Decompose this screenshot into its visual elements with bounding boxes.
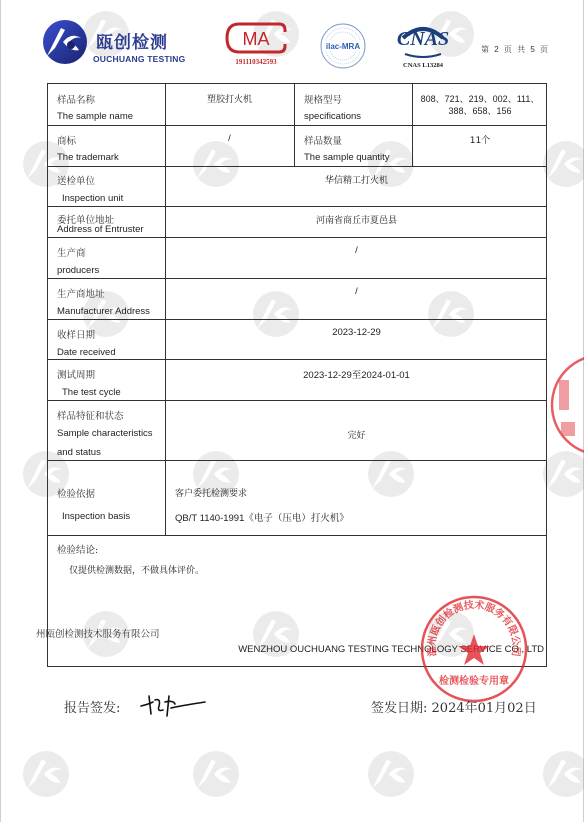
sample-name-label-cn: 样品名称 — [57, 92, 95, 106]
sample-characteristics-label-en-2: and status — [57, 447, 101, 458]
inspection-unit-value: 华信精工打火机 — [165, 173, 548, 186]
conclusion-label: 检验结论: — [57, 542, 98, 556]
table-row-date-received: 收样日期 Date received 2023-12-29 — [48, 320, 546, 360]
svg-text:MA: MA — [243, 29, 270, 49]
test-cycle-label-en: The test cycle — [62, 387, 121, 398]
trademark-label-cn: 商标 — [57, 133, 76, 147]
company-name-cn: 瓯创检测 — [96, 28, 168, 53]
table-row-manufacturer-address: 生产商地址 Manufacturer Address / — [48, 279, 546, 320]
table-row-sample-name: 样品名称 The sample name 塑胶打火机 规格型号 specific… — [48, 84, 546, 126]
specifications-label-en: specifications — [304, 111, 361, 122]
inspection-basis-label-cn: 检验依据 — [57, 486, 95, 500]
sample-quantity-value: 11个 — [412, 133, 548, 146]
report-page: 瓯创检测 OUCHUANG TESTING MA 191110342593 il… — [0, 0, 584, 822]
entruster-address-value: 河南省商丘市夏邑县 — [165, 213, 548, 226]
date-received-value: 2023-12-29 — [165, 327, 548, 338]
page-indicator: 第 2 页 共 5 页 — [481, 44, 550, 55]
issue-date-label: 签发日期: — [371, 701, 427, 716]
cnas-label: CNAS — [393, 28, 453, 51]
sample-info-table: 样品名称 The sample name 塑胶打火机 规格型号 specific… — [47, 83, 547, 667]
cnas-number: CNAS L13284 — [393, 62, 453, 69]
cnas-accreditation-mark: CNAS CNAS L13284 — [393, 24, 453, 74]
official-seal-icon: 温州瓯创检测技术服务有限公司 检测检验专用章 — [419, 594, 529, 704]
watermark-logo-icon — [21, 748, 71, 800]
table-row-producers: 生产商 producers / — [48, 238, 546, 279]
table-row-inspection-unit: 送检单位 Inspection unit 华信精工打火机 — [48, 167, 546, 207]
conclusion-text: 仅提供检测数据，不做具体评价。 — [69, 563, 204, 576]
watermark-logo-icon — [366, 748, 416, 800]
svg-text:ilac-MRA: ilac-MRA — [326, 42, 360, 51]
issuer-signature-icon — [139, 690, 209, 720]
company-logo: 瓯创检测 OUCHUANG TESTING — [41, 18, 191, 68]
issue-date-value: 2024年01月02日 — [432, 701, 537, 716]
ilac-mra-logo-icon: ilac-MRA — [319, 22, 367, 70]
cma-logo-icon: MA — [225, 22, 287, 54]
inspection-basis-label-en: Inspection basis — [62, 511, 130, 522]
trademark-label-en: The trademark — [57, 152, 119, 163]
table-row-trademark: 商标 The trademark / 样品数量 The sample quant… — [48, 126, 546, 167]
producers-label-en: producers — [57, 265, 99, 276]
producers-value: / — [165, 245, 548, 256]
table-row-inspection-basis: 检验依据 Inspection basis 客户委托检测要求 QB/T 1140… — [48, 461, 546, 536]
sample-quantity-label-en: The sample quantity — [304, 152, 390, 163]
table-row-test-cycle: 测试周期 The test cycle 2023-12-29至2024-01-0… — [48, 360, 546, 401]
cma-certification-mark: MA 191110342593 — [223, 22, 289, 70]
date-received-label-cn: 收样日期 — [57, 327, 95, 341]
cma-number: 191110342593 — [223, 58, 289, 66]
sample-characteristics-label-cn: 样品特征和状态 — [57, 408, 124, 422]
specifications-label-cn: 规格型号 — [304, 92, 342, 106]
manufacturer-address-value: / — [165, 286, 548, 297]
manufacturer-address-label-cn: 生产商地址 — [57, 286, 105, 300]
producers-label-cn: 生产商 — [57, 245, 86, 259]
specifications-value-line2: 388、658、156 — [412, 104, 548, 117]
sample-name-value: 塑胶打火机 — [165, 92, 294, 105]
sample-quantity-label-cn: 样品数量 — [304, 133, 342, 147]
inspection-basis-value-2: QB/T 1140-1991《电子（压电）打火机》 — [175, 510, 349, 524]
inspection-unit-label-cn: 送检单位 — [57, 173, 95, 187]
trademark-value: / — [165, 133, 294, 144]
date-received-label-en: Date received — [57, 347, 116, 358]
entruster-address-label-en: Address of Entruster — [57, 224, 144, 235]
manufacturer-address-label-en: Manufacturer Address — [57, 306, 150, 317]
watermark-logo-icon — [191, 748, 241, 800]
inspection-basis-value-1: 客户委托检测要求 — [175, 486, 247, 499]
sample-characteristics-value: 完好 — [165, 428, 548, 441]
sample-characteristics-label-en-1: Sample characteristics — [57, 428, 153, 439]
company-name-cn-footer: 州瓯创检测技术服务有限公司 — [36, 626, 160, 640]
inspection-unit-label-en: Inspection unit — [62, 193, 123, 204]
company-logo-icon — [41, 18, 89, 66]
svg-text:检测检验专用章: 检测检验专用章 — [439, 674, 509, 687]
table-row-sample-characteristics: 样品特征和状态 Sample characteristics and statu… — [48, 401, 546, 461]
sample-name-label-en: The sample name — [57, 111, 133, 122]
issue-date: 签发日期: 2024年01月02日 — [371, 697, 537, 716]
company-name-en: OUCHUANG TESTING — [93, 54, 185, 64]
watermark-logo-icon — [541, 748, 584, 800]
test-cycle-label-cn: 测试周期 — [57, 367, 95, 381]
table-row-entruster-address: 委托单位地址 Address of Entruster 河南省商丘市夏邑县 — [48, 207, 546, 238]
issuer-label: 报告签发: — [64, 697, 120, 716]
cross-page-seal-icon — [547, 350, 584, 460]
test-cycle-value: 2023-12-29至2024-01-01 — [165, 367, 548, 381]
